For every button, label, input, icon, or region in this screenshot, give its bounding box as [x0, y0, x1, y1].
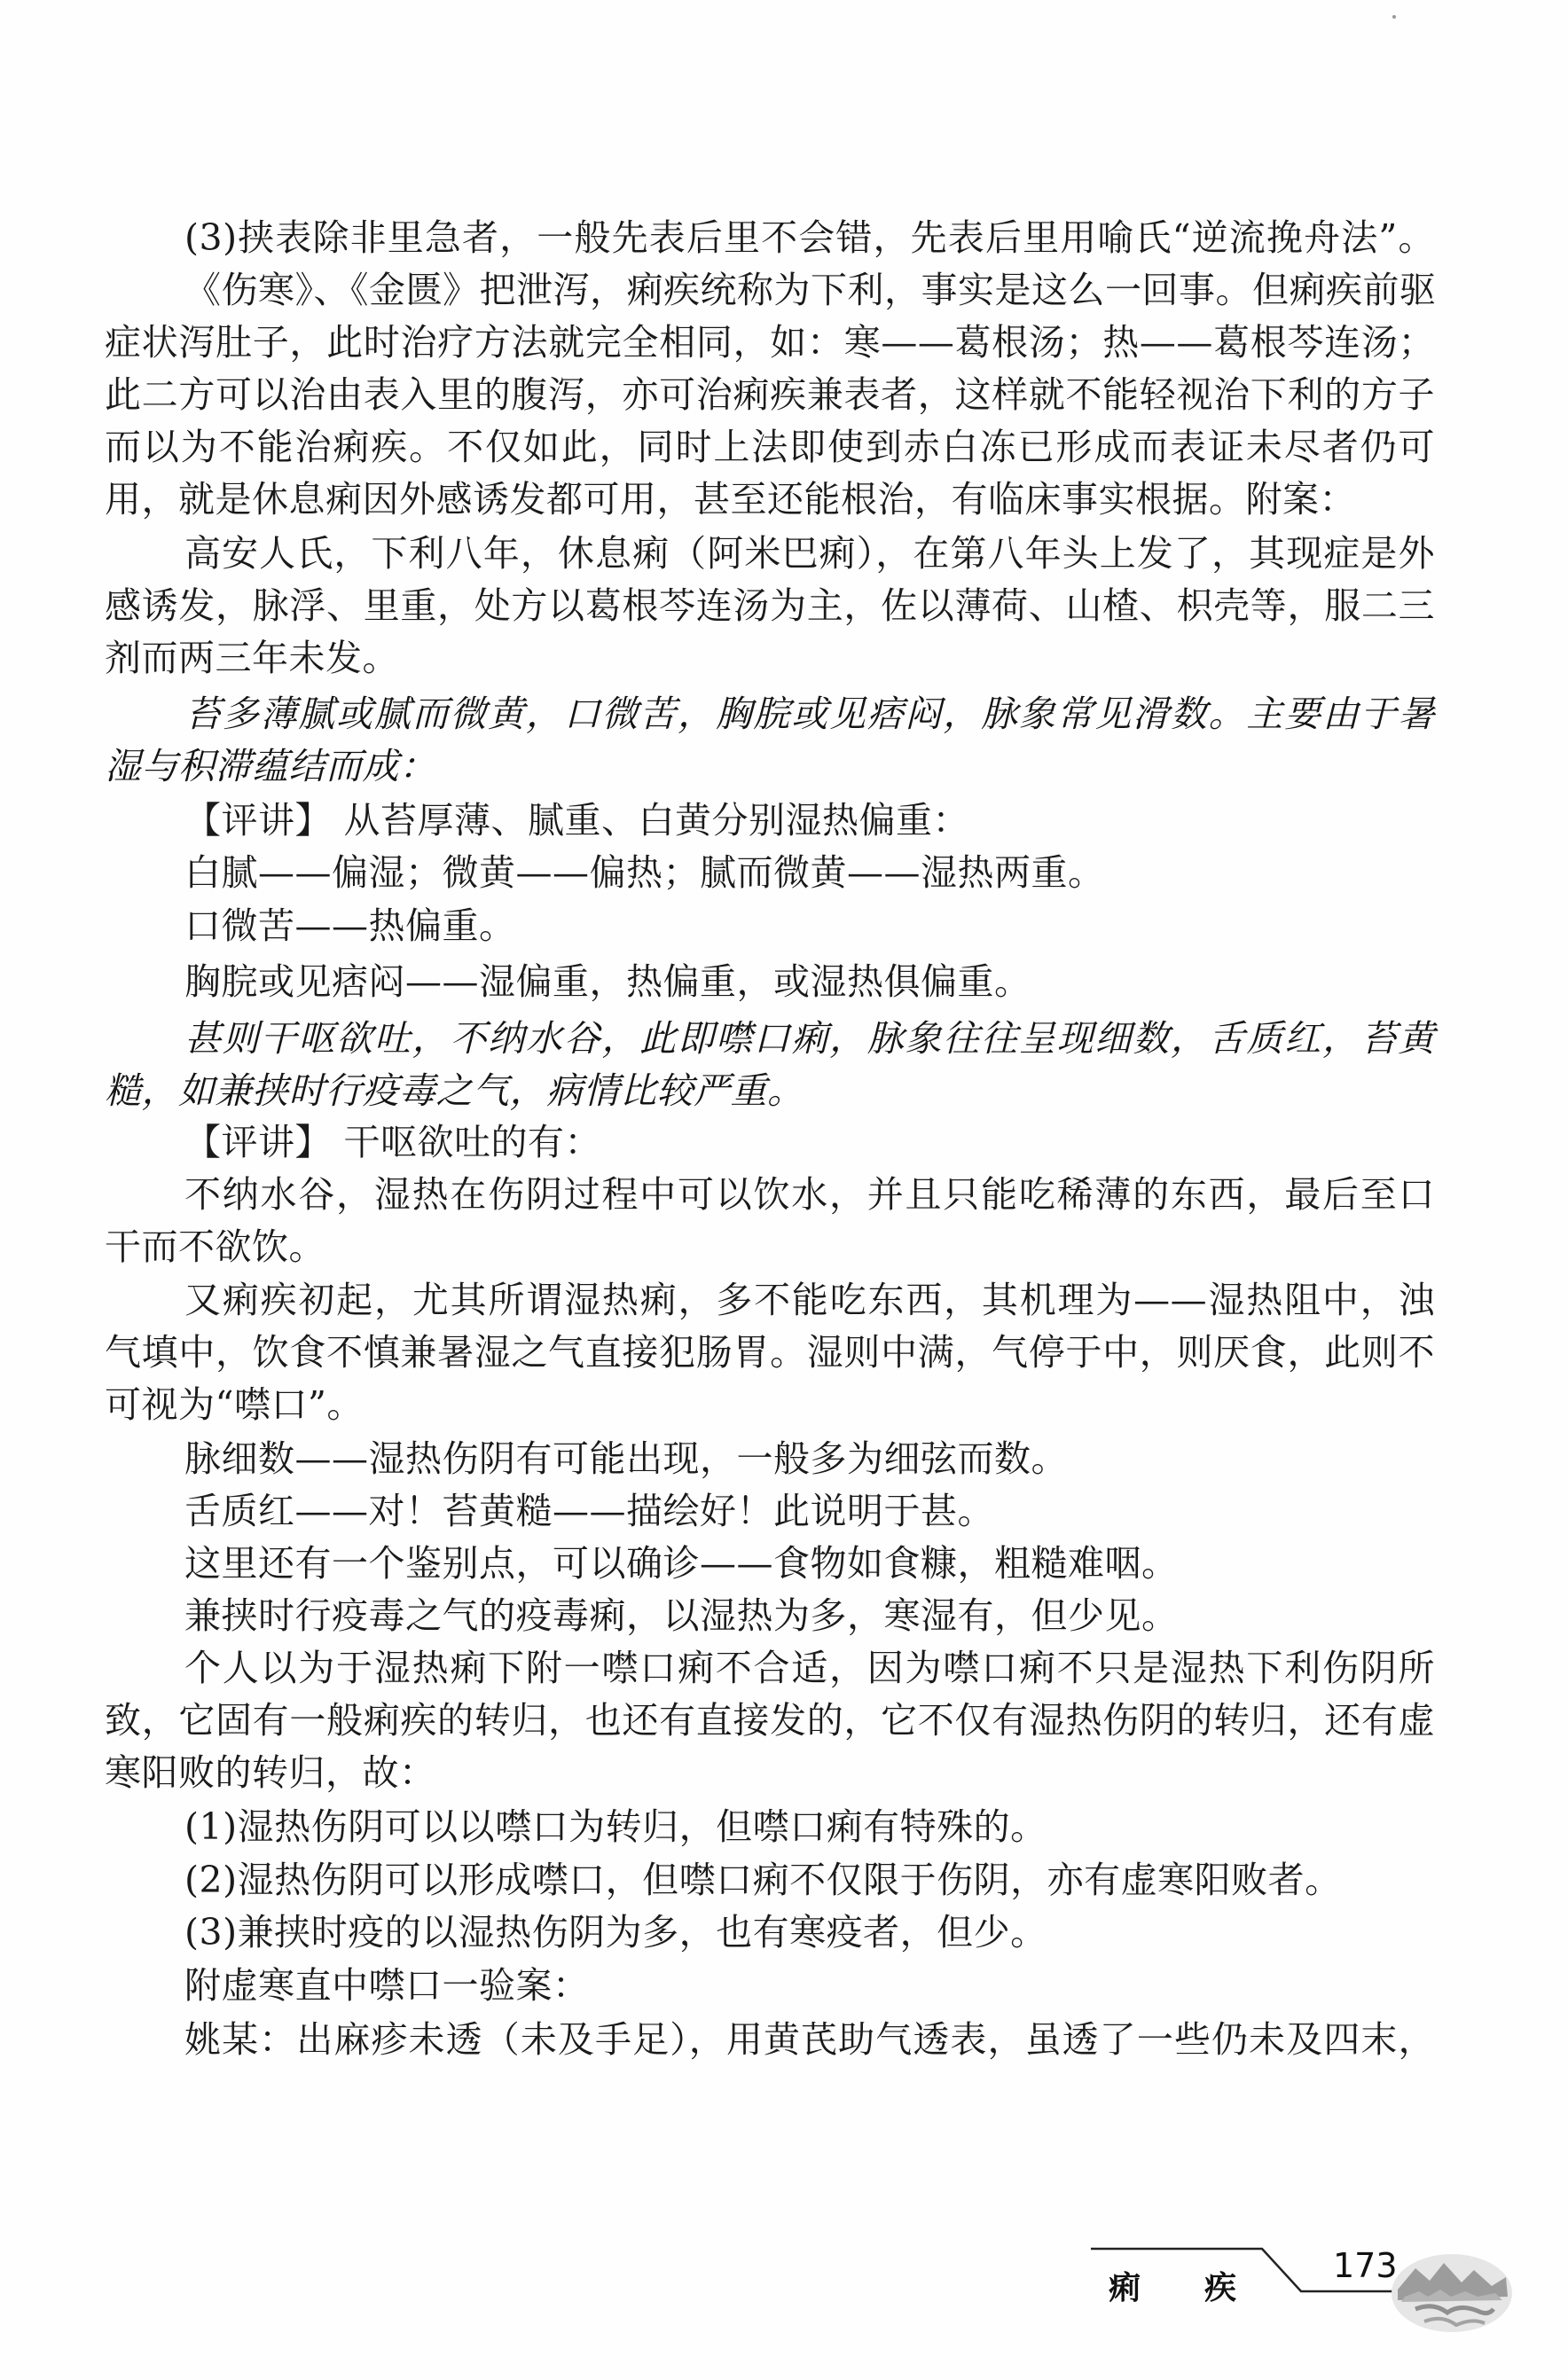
commentary-line: 剂而两三年未发。	[105, 633, 399, 683]
commentary-line: 白腻——偏湿；微黄——偏热；腻而微黄——湿热两重。	[184, 848, 1105, 897]
running-footer-title: 痢疾	[1109, 2263, 1300, 2308]
commentary-line: 气填中，饮食不慎兼暑湿之气直接犯肠胃。湿则中满，气停于中，则厌食，此则不	[105, 1327, 1435, 1377]
commentary-line: 附虚寒直中噤口一验案：	[184, 1961, 590, 2010]
source-text-line: 甚则干呕欲吐，不纳水谷，此即噤口痢，脉象往往呈现细数，舌质红，苔黄	[184, 1014, 1435, 1063]
commentary-line: (1)湿热伤阴可以以噤口为转归，但噤口痢有特殊的。	[184, 1802, 1047, 1852]
page-number: 173	[1333, 2246, 1398, 2285]
source-text-line: 糙，如兼挟时行疫毒之气，病情比较严重。	[105, 1066, 804, 1116]
commentary-line: 脉细数——湿热伤阴有可能出现，一般多为细弦而数。	[184, 1434, 1068, 1484]
landscape-ornament-icon	[1389, 2251, 1515, 2336]
commentary-line: 【评讲】 从苔厚薄、腻重、白黄分别湿热偏重：	[184, 795, 969, 845]
commentary-line: 不纳水谷，湿热在伤阴过程中可以饮水，并且只能吃稀薄的东西，最后至口	[184, 1170, 1435, 1219]
commentary-line: 症状泻肚子，此时治疗方法就完全相同，如：寒——葛根汤；热——葛根芩连汤；	[105, 317, 1435, 367]
book-page: (3)挟表除非里急者，一般先表后里不会错，先表后里用喻氏“逆流挽舟法”。《伤寒》…	[0, 0, 1568, 2380]
commentary-line: 胸脘或见痞闷——湿偏重，热偏重，或湿热俱偏重。	[184, 957, 1031, 1006]
commentary-line: 用，就是休息痢因外感诱发都可用，甚至还能根治，有临床事实根据。附案：	[105, 474, 1356, 524]
commentary-line: 姚某：出麻疹未透（未及手足），用黄芪助气透表，虽透了一些仍未及四末，	[184, 2015, 1435, 2064]
commentary-line: 干而不欲饮。	[105, 1222, 325, 1272]
commentary-line: 这里还有一个鉴别点，可以确诊——食物如食糠，粗糙难咽。	[184, 1538, 1179, 1588]
source-text-line: 苔多薄腻或腻而微黄，口微苦，胸脘或见痞闷，脉象常见滑数。主要由于暑	[184, 689, 1435, 739]
commentary-line: 兼挟时行疫毒之气的疫毒痢，以湿热为多，寒湿有，但少见。	[184, 1591, 1179, 1640]
commentary-line: (2)湿热伤阴可以形成噤口，但噤口痢不仅限于伤阴，亦有虚寒阳败者。	[184, 1855, 1342, 1905]
commentary-line: 又痢疾初起，尤其所谓湿热痢，多不能吃东西，其机理为——湿热阻中，浊	[184, 1275, 1435, 1325]
commentary-line: (3)兼挟时疫的以湿热伤阴为多，也有寒疫者，但少。	[184, 1907, 1047, 1957]
commentary-line: 此二方可以治由表入里的腹泻，亦可治痢疾兼表者，这样就不能轻视治下利的方子	[105, 370, 1435, 419]
commentary-line: 寒阳败的转归，故：	[105, 1748, 436, 1797]
commentary-line: 致，它固有一般痢疾的转归，也还有直接发的，它不仅有湿热伤阴的转归，还有虚	[105, 1695, 1435, 1745]
commentary-line: 【评讲】 干呕欲吐的有：	[184, 1117, 601, 1167]
commentary-line: 口微苦——热偏重。	[184, 901, 516, 951]
commentary-line: 可视为“噤口”。	[105, 1380, 364, 1429]
source-text-line: 湿与积滞蕴结而成：	[105, 741, 436, 791]
commentary-line: 舌质红——对！苔黄糙——描绘好！此说明于甚。	[184, 1486, 994, 1536]
commentary-line: 而以为不能治痢疾。不仅如此，同时上法即使到赤白冻已形成而表证未尽者仍可	[105, 422, 1435, 472]
commentary-line: 《伤寒》、《金匮》把泄泻，痢疾统称为下利，事实是这么一回事。但痢疾前驱	[184, 265, 1435, 315]
commentary-line: 感诱发，脉浮、里重，处方以葛根芩连汤为主，佐以薄荷、山楂、枳壳等，服二三	[105, 581, 1435, 630]
commentary-line: 个人以为于湿热痢下附一噤口痢不合适，因为噤口痢不只是湿热下利伤阴所	[184, 1643, 1435, 1693]
commentary-line: (3)挟表除非里急者，一般先表后里不会错，先表后里用喻氏“逆流挽舟法”。	[184, 213, 1435, 262]
scan-speck	[1392, 15, 1396, 19]
commentary-line: 高安人氏，下利八年，休息痢（阿米巴痢），在第八年头上发了，其现症是外	[184, 528, 1435, 578]
